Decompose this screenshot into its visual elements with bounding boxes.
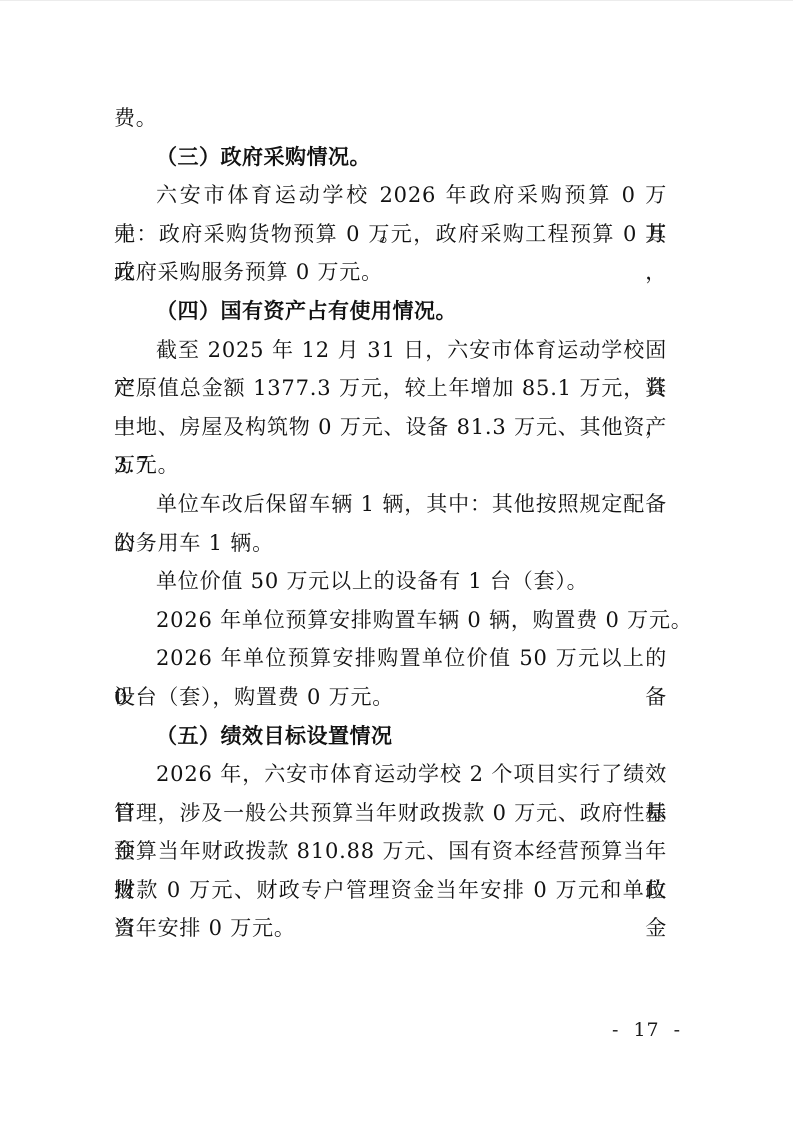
text-line: 2026 年，六安市体育运动学校 2 个项目实行了绩效目标	[114, 755, 667, 794]
text-line: 2026 年单位预算安排购置车辆 0 辆，购置费 0 万元。	[114, 601, 667, 640]
text-line: 截至 2025 年 12 月 31 日，六安市体育运动学校固定资	[114, 331, 667, 370]
section-heading-state-assets: （四）国有资产占有使用情况。	[114, 292, 667, 331]
text-line: 六安市体育运动学校 2026 年政府采购预算 0 万元。其	[114, 176, 667, 215]
document-body: 费。 （三）政府采购情况。 六安市体育运动学校 2026 年政府采购预算 0 万…	[114, 99, 667, 948]
text-line: 费。	[114, 99, 667, 138]
document-page: 费。 （三）政府采购情况。 六安市体育运动学校 2026 年政府采购预算 0 万…	[0, 0, 793, 1123]
section-heading-government-procurement: （三）政府采购情况。	[114, 138, 667, 177]
section-heading-performance-goals: （五）绩效目标设置情况	[114, 717, 667, 756]
text-line: 预算当年财政拨款 810.88 万元、国有资本经营预算当年财政	[114, 832, 667, 871]
page-number: - 17 -	[612, 1017, 681, 1043]
text-line: 土地、房屋及构筑物 0 万元、设备 81.3 万元、其他资产 3.7	[114, 408, 667, 447]
text-line: 中：政府采购货物预算 0 万元，政府采购工程预算 0 万元，	[114, 215, 667, 254]
text-line: 管理，涉及一般公共预算当年财政拨款 0 万元、政府性基金	[114, 794, 667, 833]
text-line: 公务用车 1 辆。	[114, 524, 667, 563]
text-line: 拨款 0 万元、财政专户管理资金当年安排 0 万元和单位资金	[114, 871, 667, 910]
text-line: 万元。	[114, 446, 667, 485]
text-line: 2026 年单位预算安排购置单位价值 50 万元以上的设备	[114, 639, 667, 678]
text-line: 单位价值 50 万元以上的设备有 1 台（套）。	[114, 562, 667, 601]
text-line: 单位车改后保留车辆 1 辆，其中：其他按照规定配备的	[114, 485, 667, 524]
text-line: 产原值总金额 1377.3 万元，较上年增加 85.1 万元，其中，	[114, 369, 667, 408]
